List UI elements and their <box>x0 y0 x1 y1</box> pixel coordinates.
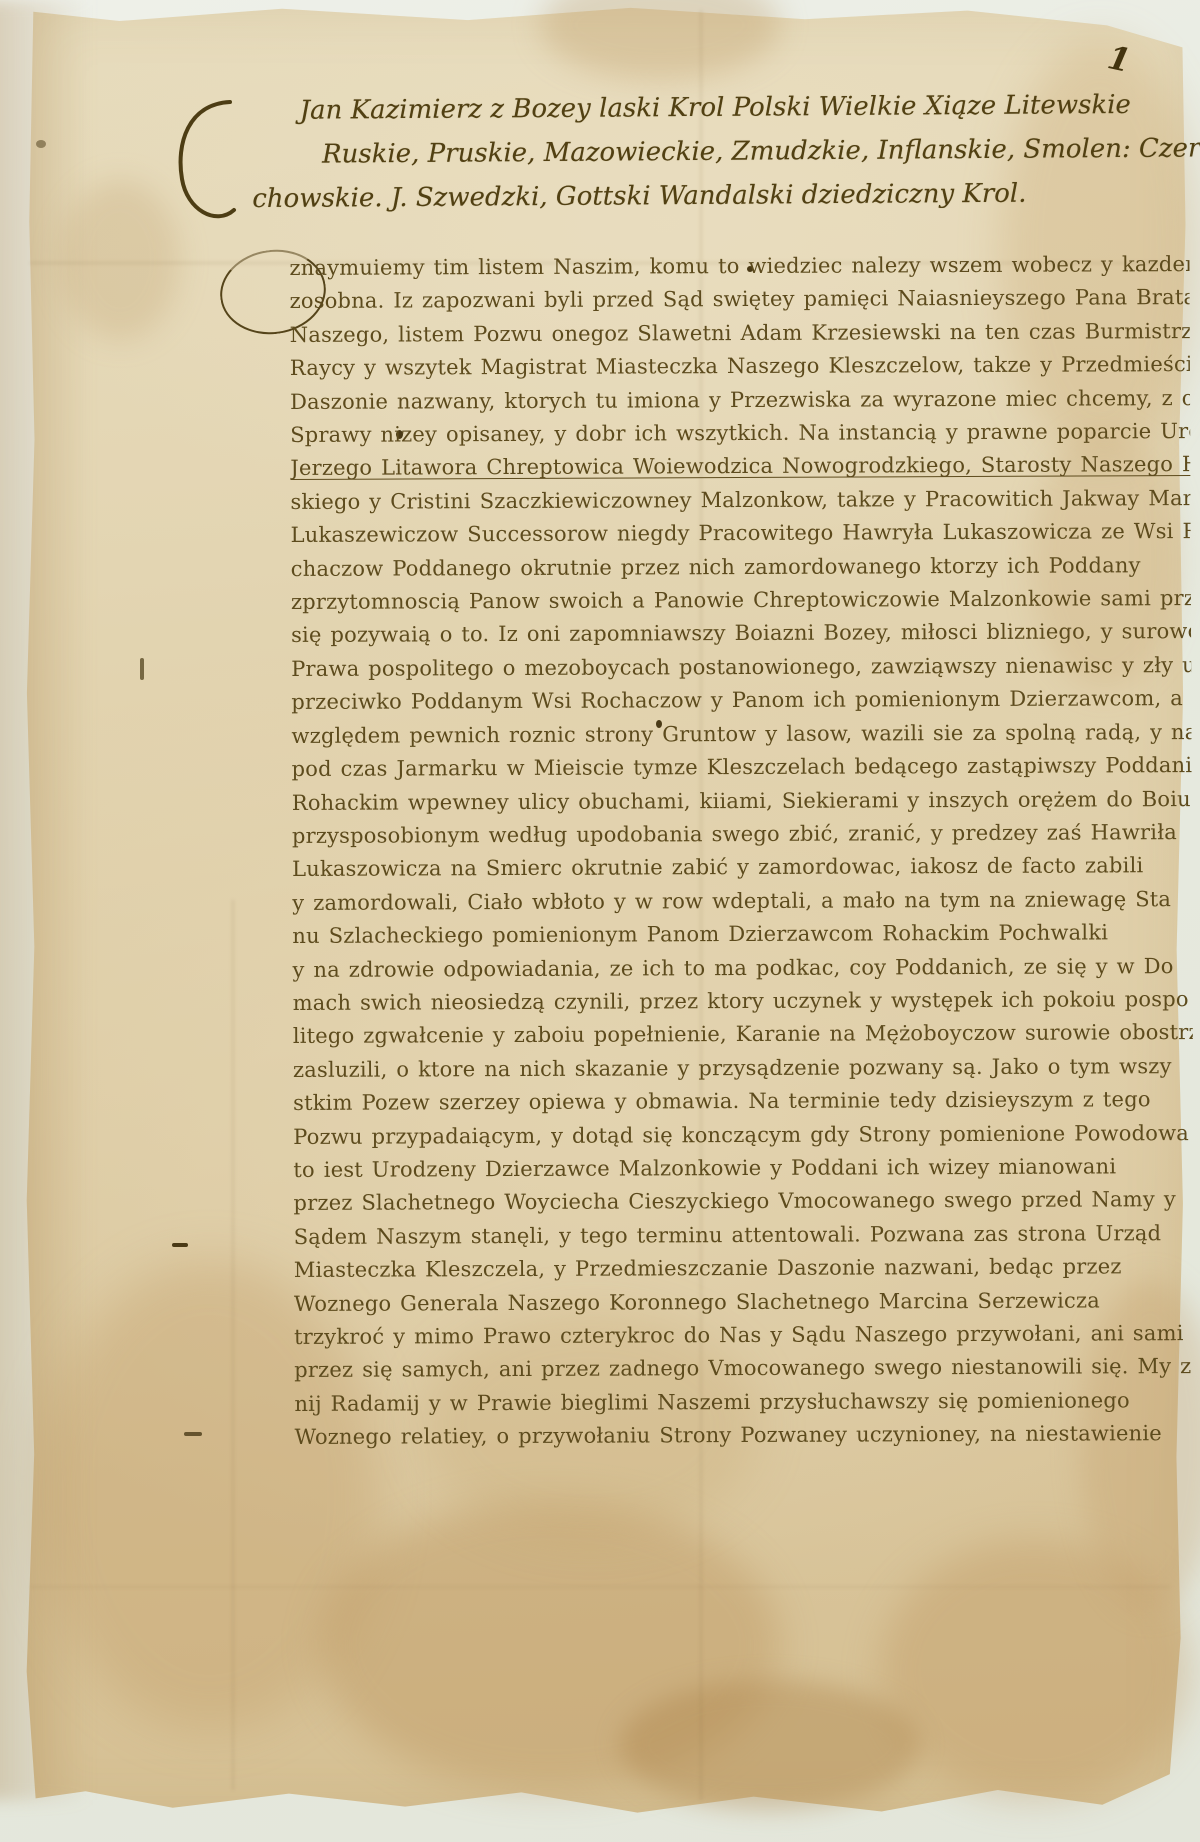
body-line: nu Szlacheckiego pomienionym Panom Dzier… <box>292 916 1192 953</box>
body-line: nij Radamij y w Prawie bieglimi Naszemi … <box>294 1384 1194 1421</box>
body-line: Woznego relatiey, o przywołaniu Strony P… <box>294 1417 1194 1454</box>
body-line: się pozywaią o to. Iz oni zapomniawszy B… <box>291 616 1191 653</box>
header-text: Jan Kazimierz z Bozey laski Krol Polski … <box>300 83 1081 220</box>
body-line: y zamordowali, Ciało wbłoto y w row wdep… <box>292 883 1192 920</box>
body-line: Raycy y wszytek Magistrat Miasteczka Nas… <box>290 348 1190 385</box>
body-line: Sądem Naszym stanęli, y tego terminu att… <box>294 1217 1194 1254</box>
header-line: chowskie. J. Szwedzki, Gottski Wandalski… <box>252 171 1080 221</box>
body-line: przez się samych, ani przez zadnego Vmoc… <box>294 1350 1194 1387</box>
body-line: Woznego Generala Naszego Koronnego Slach… <box>294 1284 1194 1321</box>
body-line: Pozwu przypadaiącym, y dotąd się koncząc… <box>293 1117 1193 1154</box>
body-line: chaczow Poddanego okrutnie przez nich za… <box>291 549 1191 586</box>
body-line: litego zgwałcenie y zaboiu popełnienie, … <box>293 1016 1193 1053</box>
body-line: przez Slachetnego Woyciecha Cieszyckiego… <box>293 1183 1193 1220</box>
body-line: Rohackim wpewney ulicy obuchami, kiiami,… <box>292 783 1192 820</box>
body-line: Lukaszewiczow Successorow niegdy Pracowi… <box>291 515 1191 552</box>
body-line: stkim Pozew szerzey opiewa y obmawia. Na… <box>293 1083 1193 1120</box>
body-line: Daszonie nazwany, ktorych tu imiona y Pr… <box>290 382 1190 419</box>
body-line: przeciwko Poddanym Wsi Rochaczow y Panom… <box>291 682 1191 719</box>
body-text: znaymuiemy tim listem Naszim, komu to wi… <box>289 248 1194 1455</box>
body-line: skiego y Cristini Szaczkiewiczowney Malz… <box>290 482 1190 519</box>
body-line: zasluzili, o ktore na nich skazanie y pr… <box>293 1050 1193 1087</box>
body-line: to iest Urodzeny Dzierzawce Malzonkowie … <box>293 1150 1193 1187</box>
body-line: mach swich nieosiedzą czynili, przez kto… <box>293 983 1193 1020</box>
header-line: Jan Kazimierz z Bozey laski Krol Polski … <box>300 83 1080 132</box>
body-line: y na zdrowie odpowiadania, ze ich to ma … <box>292 950 1192 987</box>
body-line: Jerzego Litawora Chreptowica Woiewodzica… <box>290 448 1190 485</box>
body-line: trzykroć y mimo Prawo czterykroc do Nas … <box>294 1317 1194 1354</box>
body-line: względem pewnich roznic strony Gruntow y… <box>291 716 1191 753</box>
body-line: znaymuiemy tim listem Naszim, komu to wi… <box>289 248 1189 285</box>
body-line: Miasteczka Kleszczela, y Przedmieszczani… <box>294 1250 1194 1287</box>
body-line: Sprawy nizey opisaney, y dobr ich wszytk… <box>290 415 1190 452</box>
body-line: Naszego, listem Pozwu onegoz Slawetni Ad… <box>290 315 1190 352</box>
header-line: Ruskie, Pruskie, Mazowieckie, Zmudzkie, … <box>322 127 1080 176</box>
body-line: Lukaszowicza na Smierc okrutnie zabić y … <box>292 849 1192 886</box>
body-line: przysposobionym według upodobania swego … <box>292 816 1192 853</box>
body-line: zprzytomnoscią Panow swoich a Panowie Ch… <box>291 582 1191 619</box>
scanned-manuscript-page: { "page": { "number": "1" }, "colors": {… <box>0 0 1200 1842</box>
body-line: pod czas Jarmarku w Mieiscie tymze Klesz… <box>292 749 1192 786</box>
body-line: Prawa pospolitego o mezoboycach postanow… <box>291 649 1191 686</box>
body-line: zosobna. Iz zapozwani byli przed Sąd swi… <box>290 281 1190 318</box>
